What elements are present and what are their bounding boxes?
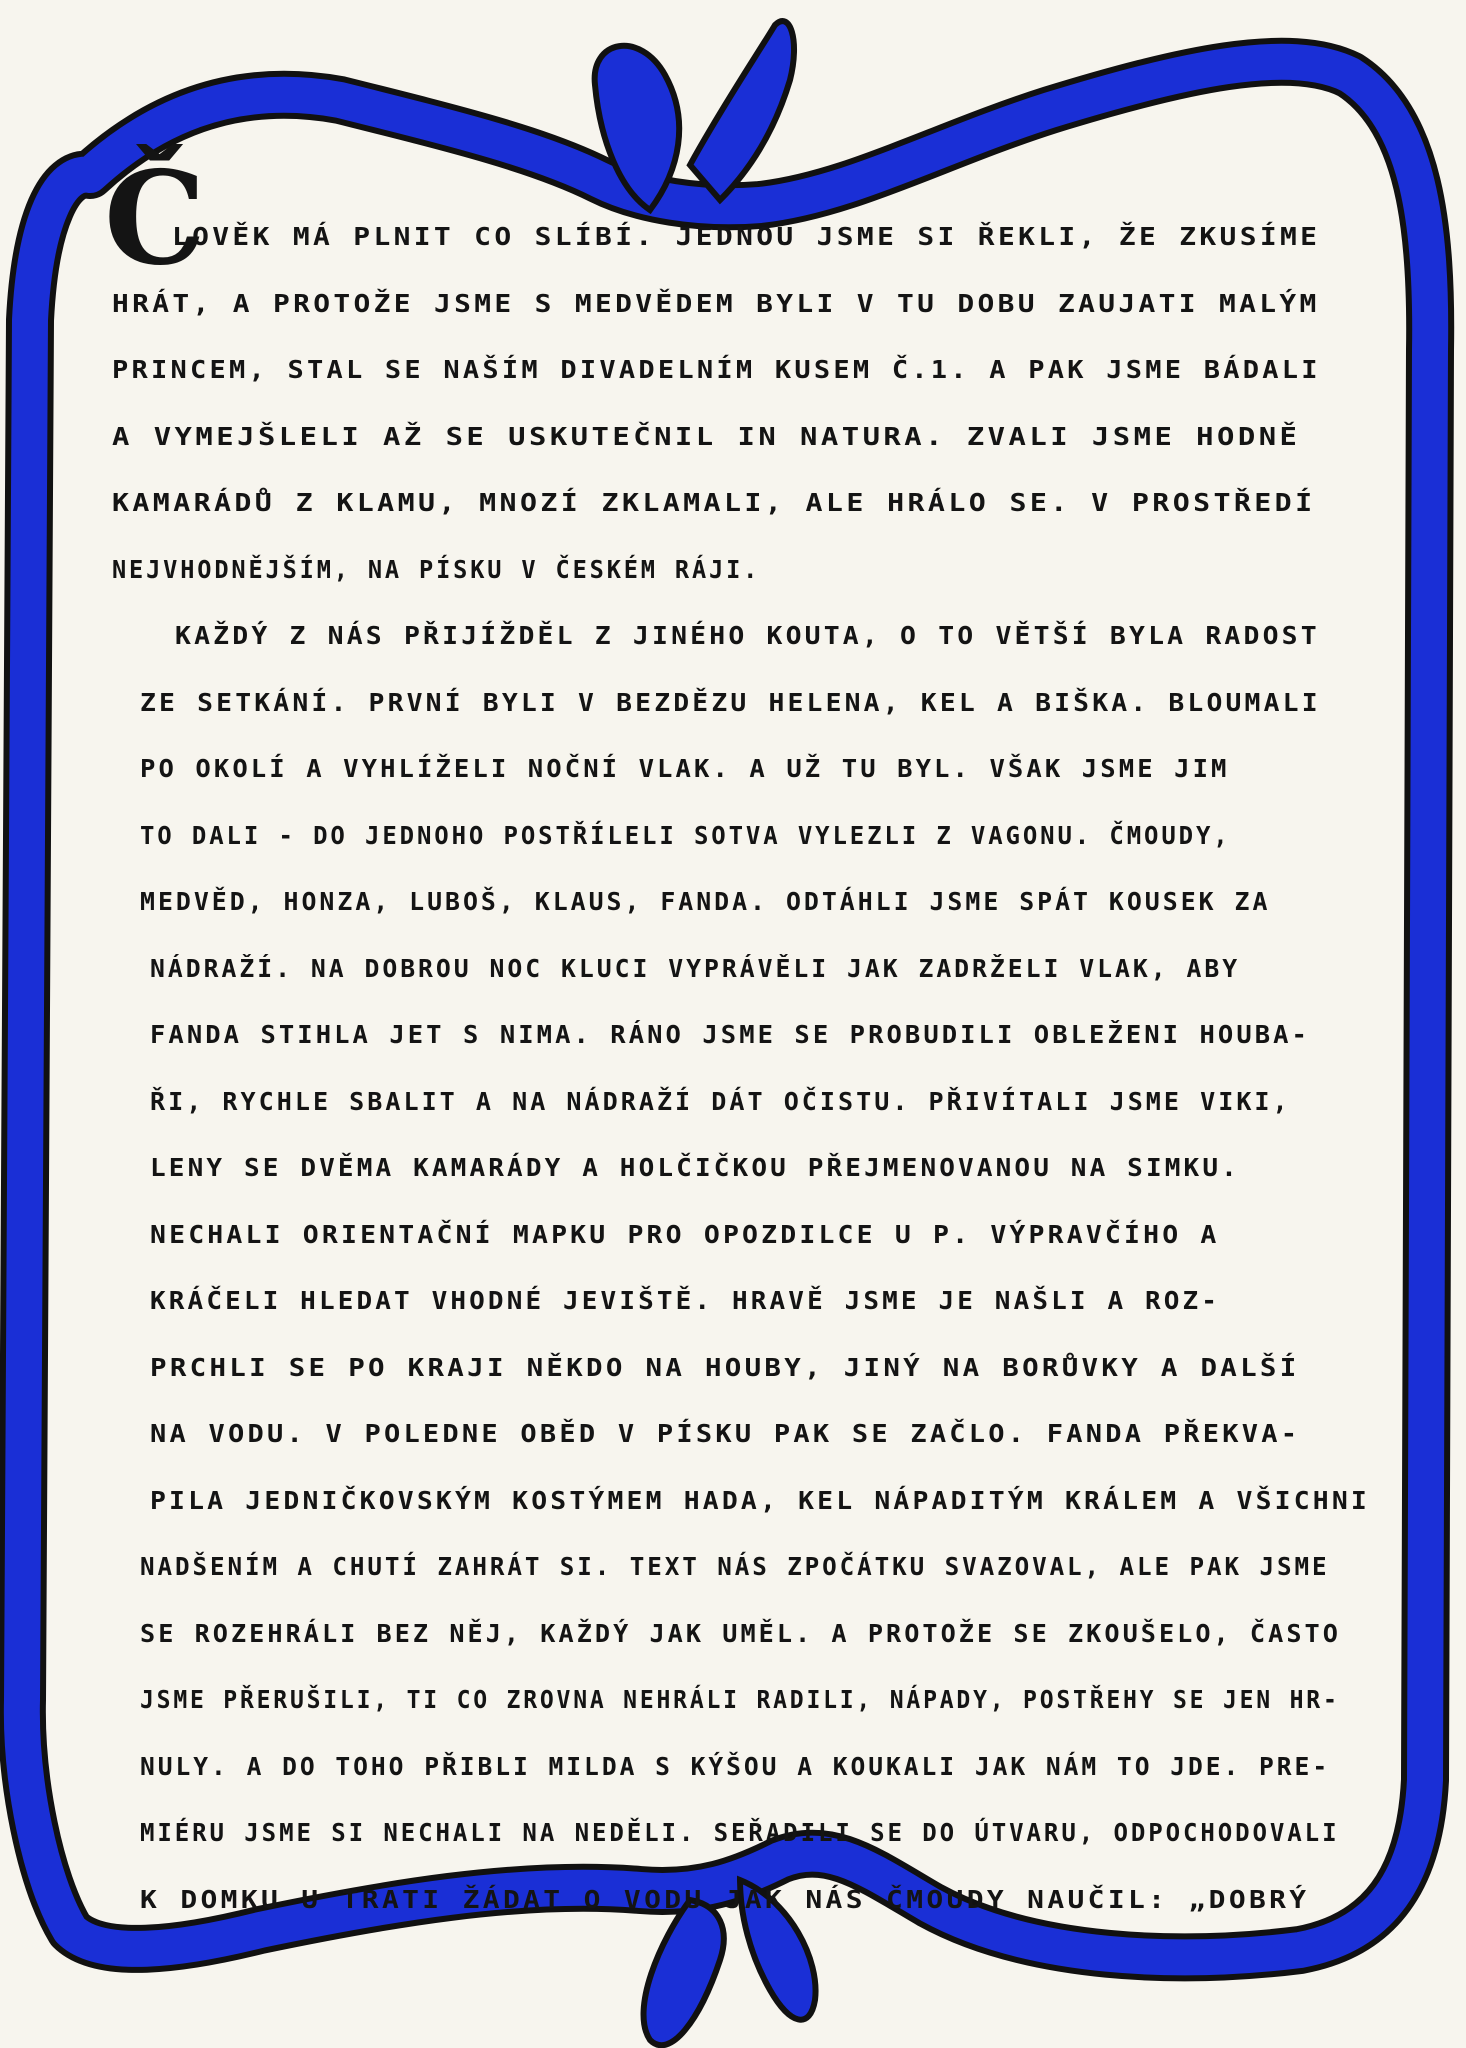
text-line: KAŽDÝ Z NÁS PŘIJÍŽDĚL Z JINÉHO KOUTA, O … xyxy=(175,621,1320,650)
text-line: TO DALI - DO JEDNOHO POSTŘÍLELI SOTVA VY… xyxy=(140,821,1231,850)
text-line: ŘI, RYCHLE SBALIT A NA NÁDRAŽÍ DÁT OČIST… xyxy=(150,1087,1291,1116)
text-line: PILA JEDNIČKOVSKÝM KOSTÝMEM HADA, KEL NÁ… xyxy=(150,1486,1370,1515)
text-line: JSME PŘERUŠILI, TI CO ZROVNA NEHRÁLI RAD… xyxy=(140,1685,1340,1714)
text-line: LOVĚK MÁ PLNIT CO SLÍBÍ. JEDNOU JSME SI … xyxy=(172,222,1320,251)
text-line: HRÁT, A PROTOŽE JSME S MEDVĚDEM BYLI V T… xyxy=(112,289,1320,318)
text-line: MEDVĚD, HONZA, LUBOŠ, KLAUS, FANDA. ODTÁ… xyxy=(140,887,1270,916)
text-line: MIÉRU JSME SI NECHALI NA NEDĚLI. SEŘADIL… xyxy=(140,1818,1339,1847)
drop-cap: Č xyxy=(104,155,206,283)
text-line: ZE SETKÁNÍ. PRVNÍ BYLI V BEZDĚZU HELENA,… xyxy=(140,688,1321,717)
text-line: PO OKOLÍ A VYHLÍŽELI NOČNÍ VLAK. A UŽ TU… xyxy=(140,754,1230,783)
text-line: NEJVHODNĚJŠÍM, NA PÍSKU V ČESKÉM RÁJI. xyxy=(112,555,760,584)
handwritten-text: Č LOVĚK MÁ PLNIT CO SLÍBÍ. JEDNOU JSME S… xyxy=(0,0,1466,2048)
text-line: NECHALI ORIENTAČNÍ MAPKU PRO OPOZDILCE U… xyxy=(150,1220,1220,1249)
text-line: SE ROZEHRÁLI BEZ NĚJ, KAŽDÝ JAK UMĚL. A … xyxy=(140,1619,1341,1648)
text-line: NA VODU. V POLEDNE OBĚD V PÍSKU PAK SE Z… xyxy=(150,1419,1300,1448)
text-line: PRCHLI SE PO KRAJI NĚKDO NA HOUBY, JINÝ … xyxy=(150,1353,1300,1382)
text-line: FANDA STIHLA JET S NIMA. RÁNO JSME SE PR… xyxy=(150,1020,1310,1049)
text-line: K DOMKU U TRATI ŽÁDAT O VODU JAK NÁS ČMO… xyxy=(140,1885,1309,1914)
text-line: NÁDRAŽÍ. NA DOBROU NOC KLUCI VYPRÁVĚLI J… xyxy=(150,954,1240,983)
text-line: NADŠENÍM A CHUTÍ ZAHRÁT SI. TEXT NÁS ZPO… xyxy=(140,1552,1329,1581)
text-line: KAMARÁDŮ Z KLAMU, MNOZÍ ZKLAMALI, ALE HR… xyxy=(112,488,1315,517)
text-line: NULY. A DO TOHO PŘIBLI MILDA S KÝŠOU A K… xyxy=(140,1752,1330,1781)
text-line: A VYMEJŠLELI AŽ SE USKUTEČNIL IN NATURA.… xyxy=(112,422,1300,451)
text-line: PRINCEM, STAL SE NAŠÍM DIVADELNÍM KUSEM … xyxy=(112,355,1321,384)
text-line: KRÁČELI HLEDAT VHODNÉ JEVIŠTĚ. HRAVĚ JSM… xyxy=(150,1286,1220,1315)
text-line: LENY SE DVĚMA KAMARÁDY A HOLČIČKOU PŘEJM… xyxy=(150,1153,1240,1182)
